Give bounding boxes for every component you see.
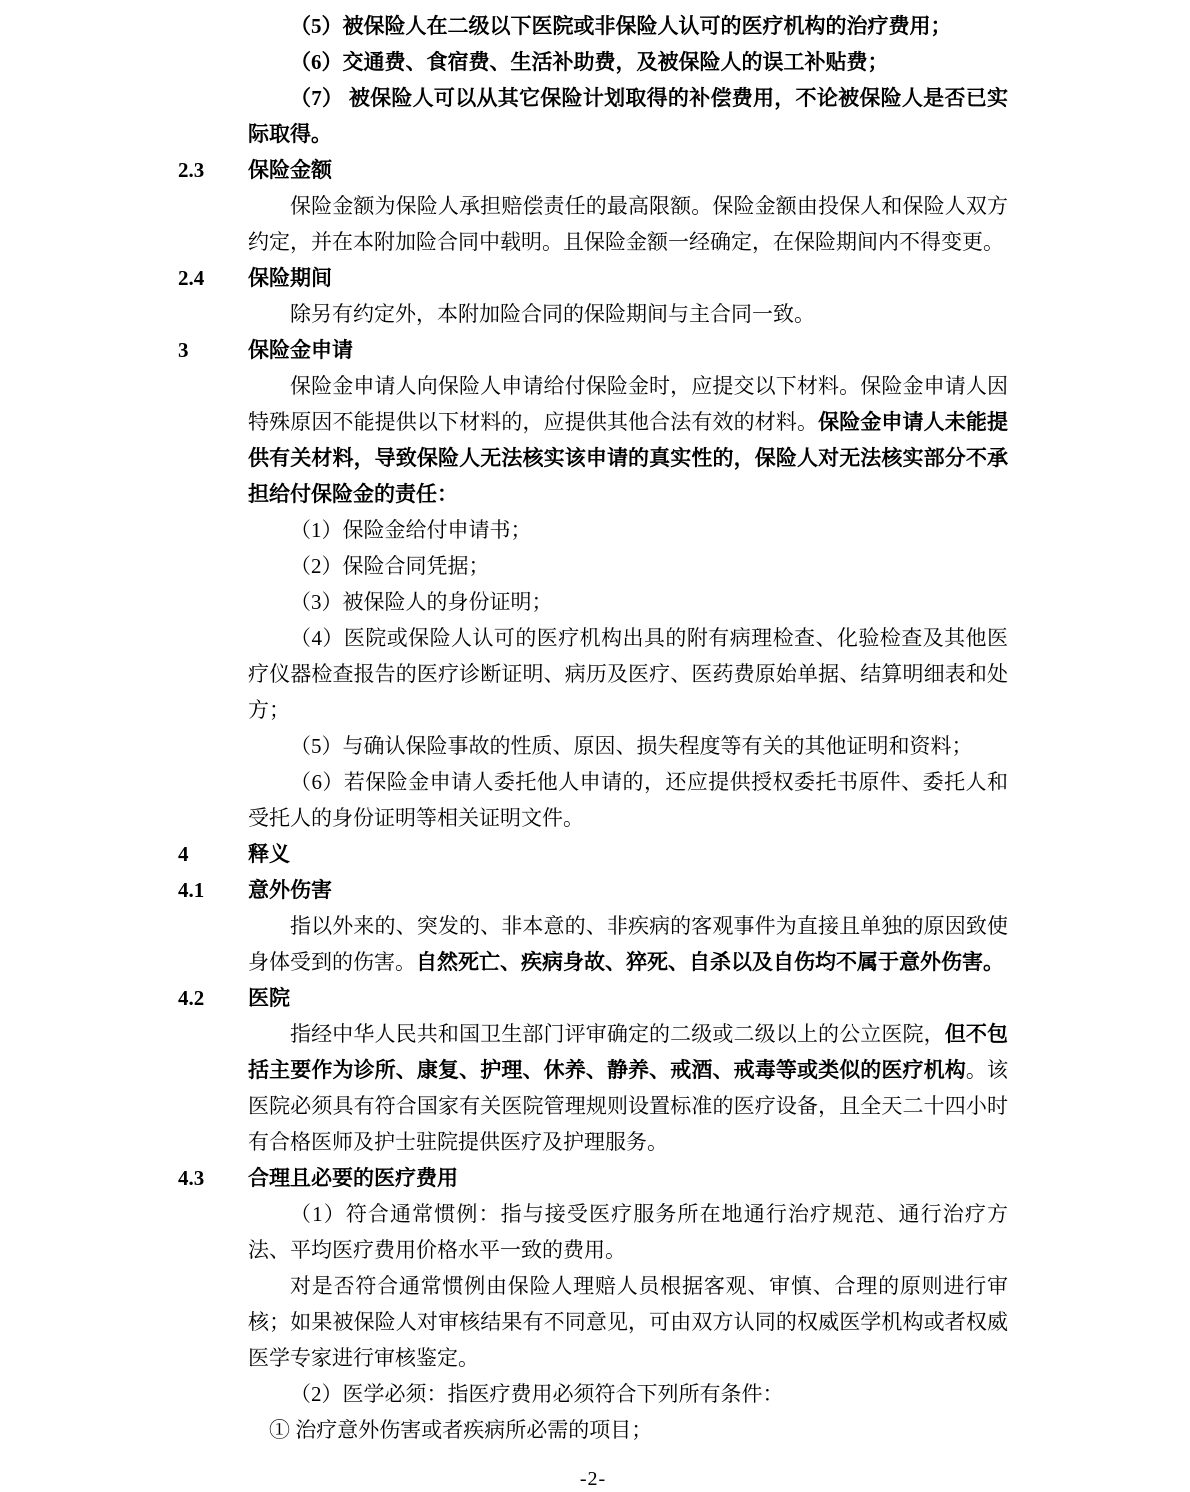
text-run: （3）被保险人的身份证明； xyxy=(290,590,553,614)
text-run: 对是否符合通常惯例由保险人理赔人员根据客观、审慎、合理的原则进行审核；如果被保险… xyxy=(248,1274,1008,1370)
paragraph: （2）医学必须：指医疗费用必须符合下列所有条件： xyxy=(178,1376,1008,1412)
section-heading: 2.4保险期间 xyxy=(178,260,1008,296)
page-number: -2- xyxy=(178,1466,1008,1492)
section-heading: 3保险金申请 xyxy=(178,332,1008,368)
section-title: 意外伤害 xyxy=(248,872,1008,908)
section-number: 4 xyxy=(178,836,248,872)
text-run: （6）交通费、食宿费、生活补助费，及被保险人的误工补贴费； xyxy=(290,50,889,74)
section-title: 保险金申请 xyxy=(248,332,1008,368)
section-number: 4.1 xyxy=(178,872,248,908)
text-run: （7） 被保险人可以从其它保险计划取得的补偿费用，不论被保险人是否已实际取得。 xyxy=(248,86,1008,146)
paragraph: 指经中华人民共和国卫生部门评审确定的二级或二级以上的公立医院，但不包括主要作为诊… xyxy=(178,1016,1008,1160)
paragraph: 保险金额为保险人承担赔偿责任的最高限额。保险金额由投保人和保险人双方约定，并在本… xyxy=(178,188,1008,260)
section-title: 保险金额 xyxy=(248,152,1008,188)
paragraph: 除另有约定外，本附加险合同的保险期间与主合同一致。 xyxy=(178,296,1008,332)
text-run: （5）与确认保险事故的性质、原因、损失程度等有关的其他证明和资料； xyxy=(290,734,973,758)
section-number: 4.3 xyxy=(178,1160,248,1196)
section-heading: 4释义 xyxy=(178,836,1008,872)
paragraph: （1）保险金给付申请书； xyxy=(178,512,1008,548)
paragraph: （5）被保险人在二级以下医院或非保险人认可的医疗机构的治疗费用； xyxy=(178,8,1008,44)
text-run: （4）医院或保险人认可的医疗机构出具的附有病理检查、化验检查及其他医疗仪器检查报… xyxy=(248,626,1008,722)
document-body: （5）被保险人在二级以下医院或非保险人认可的医疗机构的治疗费用；（6）交通费、食… xyxy=(178,8,1008,1448)
section-number: 4.2 xyxy=(178,980,248,1016)
section-title: 医院 xyxy=(248,980,1008,1016)
paragraph: 保险金申请人向保险人申请给付保险金时，应提交以下材料。保险金申请人因特殊原因不能… xyxy=(178,368,1008,512)
section-number: 2.3 xyxy=(178,152,248,188)
section-heading: 2.3保险金额 xyxy=(178,152,1008,188)
text-run: 自然死亡、疾病身故、猝死、自杀以及自伤均不属于意外伤害。 xyxy=(416,950,1004,974)
paragraph: 对是否符合通常惯例由保险人理赔人员根据客观、审慎、合理的原则进行审核；如果被保险… xyxy=(178,1268,1008,1376)
paragraph: ① 治疗意外伤害或者疾病所必需的项目； xyxy=(178,1412,1008,1448)
paragraph: （4）医院或保险人认可的医疗机构出具的附有病理检查、化验检查及其他医疗仪器检查报… xyxy=(178,620,1008,728)
paragraph: 指以外来的、突发的、非本意的、非疾病的客观事件为直接且单独的原因致使身体受到的伤… xyxy=(178,908,1008,980)
text-run: ① 治疗意外伤害或者疾病所必需的项目； xyxy=(269,1418,652,1442)
text-run: （5）被保险人在二级以下医院或非保险人认可的医疗机构的治疗费用； xyxy=(290,14,952,38)
paragraph: （6）若保险金申请人委托他人申请的，还应提供授权委托书原件、委托人和受托人的身份… xyxy=(178,764,1008,836)
text-run: （2）医学必须：指医疗费用必须符合下列所有条件： xyxy=(290,1382,784,1406)
document-page: （5）被保险人在二级以下医院或非保险人认可的医疗机构的治疗费用；（6）交通费、食… xyxy=(0,0,1190,1492)
paragraph: （5）与确认保险事故的性质、原因、损失程度等有关的其他证明和资料； xyxy=(178,728,1008,764)
section-heading: 4.2医院 xyxy=(178,980,1008,1016)
text-run: （1）符合通常惯例：指与接受医疗服务所在地通行治疗规范、通行治疗方法、平均医疗费… xyxy=(248,1202,1008,1262)
section-title: 保险期间 xyxy=(248,260,1008,296)
section-title: 释义 xyxy=(248,836,1008,872)
paragraph: （3）被保险人的身份证明； xyxy=(178,584,1008,620)
section-heading: 4.1意外伤害 xyxy=(178,872,1008,908)
paragraph: （6）交通费、食宿费、生活补助费，及被保险人的误工补贴费； xyxy=(178,44,1008,80)
section-heading: 4.3合理且必要的医疗费用 xyxy=(178,1160,1008,1196)
paragraph: （7） 被保险人可以从其它保险计划取得的补偿费用，不论被保险人是否已实际取得。 xyxy=(178,80,1008,152)
text-run: 除另有约定外，本附加险合同的保险期间与主合同一致。 xyxy=(290,302,815,326)
section-number: 3 xyxy=(178,332,248,368)
text-run: （1）保险金给付申请书； xyxy=(290,518,532,542)
text-run: （2）保险合同凭据； xyxy=(290,554,490,578)
paragraph: （1）符合通常惯例：指与接受医疗服务所在地通行治疗规范、通行治疗方法、平均医疗费… xyxy=(178,1196,1008,1268)
text-run: 保险金额为保险人承担赔偿责任的最高限额。保险金额由投保人和保险人双方约定，并在本… xyxy=(248,194,1008,254)
text-run: 指经中华人民共和国卫生部门评审确定的二级或二级以上的公立医院， xyxy=(290,1022,945,1046)
section-number: 2.4 xyxy=(178,260,248,296)
text-run: （6）若保险金申请人委托他人申请的，还应提供授权委托书原件、委托人和受托人的身份… xyxy=(248,770,1008,830)
section-title: 合理且必要的医疗费用 xyxy=(248,1160,1008,1196)
paragraph: （2）保险合同凭据； xyxy=(178,548,1008,584)
